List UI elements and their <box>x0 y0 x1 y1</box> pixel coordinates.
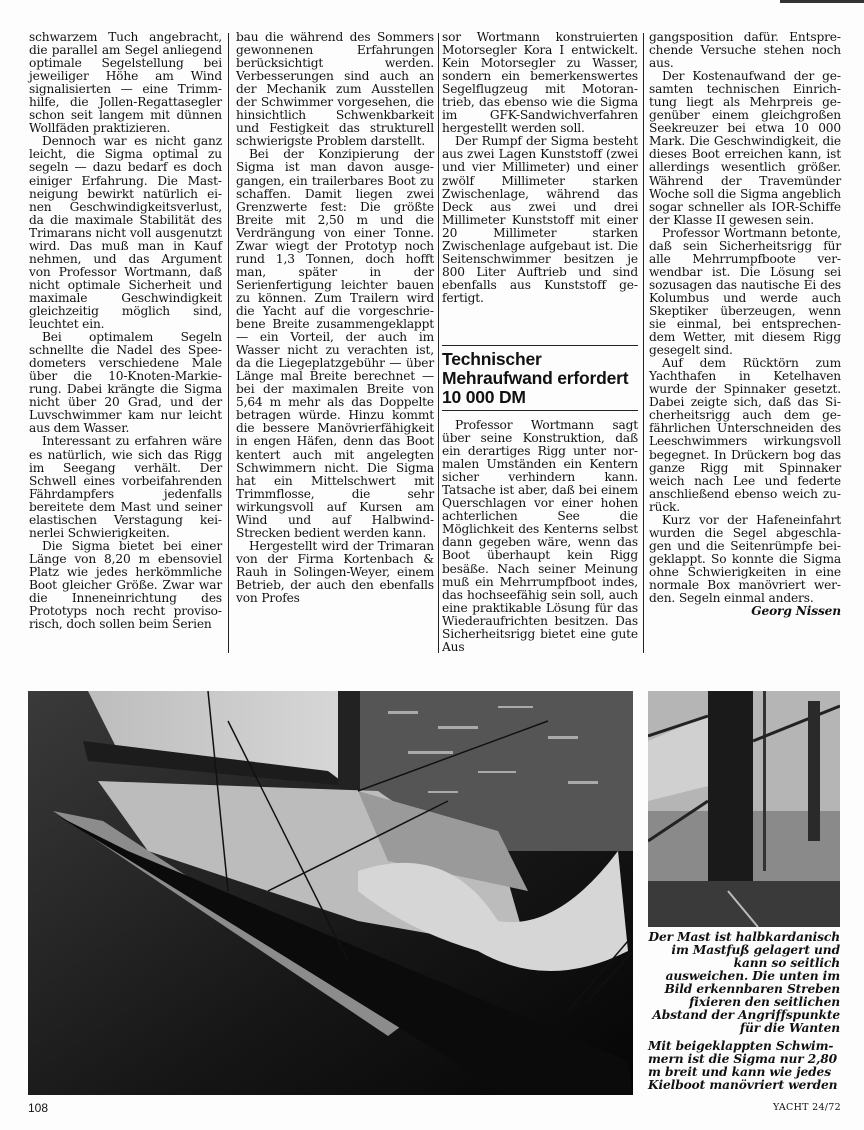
paragraph: Bei optimalem Segeln schnellte die Nadel… <box>29 331 222 435</box>
paragraph: bau die während des Som­mers gewonnenen … <box>236 31 434 148</box>
paragraph: Hergestellt wird der Trima­ran von der F… <box>236 540 434 605</box>
paragraph: Auf dem Rücktörn zum Yachthafen in Ketel… <box>649 357 841 514</box>
trimaran-photo-image <box>28 691 633 1095</box>
article-column-4: gangsposition dafür. Entspre­chende Vers… <box>649 31 841 618</box>
column-rule <box>643 33 644 653</box>
mast-photo-caption: Der Mast ist halbkardanisch im Mastfuß g… <box>648 931 840 1035</box>
column-rule <box>228 33 229 653</box>
page-edge-mark <box>780 0 864 3</box>
subheading-box: Technischer Mehraufwand erfordert 10 000… <box>442 345 638 411</box>
paragraph: Bei der Konzipierung der Sigma ist man d… <box>236 148 434 539</box>
paragraph: schwarzem Tuch angebracht, die parallel … <box>29 31 222 135</box>
paragraph: Kurz vor der Hafeneinfahrt wurden die Se… <box>649 514 841 605</box>
paragraph: sor Wortmann konstruierten Motorsegler K… <box>442 31 638 135</box>
magazine-issue: YACHT 24/72 <box>773 1102 841 1113</box>
paragraph: Professor Wortmann sagt über seine Konst… <box>442 419 638 654</box>
column-rule <box>438 33 439 653</box>
trimaran-photo <box>28 691 633 1095</box>
paragraph: Der Rumpf der Sigma be­steht aus zwei La… <box>442 135 638 305</box>
subheading: Technischer Mehraufwand erfordert 10 000… <box>442 350 638 407</box>
article-column-3: sor Wortmann konstruierten Motorsegler K… <box>442 31 638 654</box>
paragraph: Dennoch war es nicht ganz leicht, die Si… <box>29 135 222 331</box>
mast-foot-photo-image <box>648 691 840 927</box>
article-column-1: schwarzem Tuch angebracht, die parallel … <box>29 31 222 631</box>
page-number: 108 <box>28 1101 48 1115</box>
paragraph: Der Kostenaufwand der ge­samten technisc… <box>649 70 841 227</box>
paragraph: Professor Wortmann beton­te, daß sein Si… <box>649 227 841 357</box>
trimaran-photo-caption: Mit beigeklappten Schwim­mern ist die Si… <box>648 1040 843 1092</box>
paragraph: gangsposition dafür. Entspre­chende Vers… <box>649 31 841 70</box>
author-byline: Georg Nissen <box>649 605 841 618</box>
paragraph: Die Sigma bietet bei einer Länge von 8,2… <box>29 540 222 631</box>
paragraph: Interessant zu erfahren wä­re es natürli… <box>29 435 222 539</box>
article-column-2: bau die während des Som­mers gewonnenen … <box>236 31 434 605</box>
mast-foot-photo <box>648 691 840 927</box>
